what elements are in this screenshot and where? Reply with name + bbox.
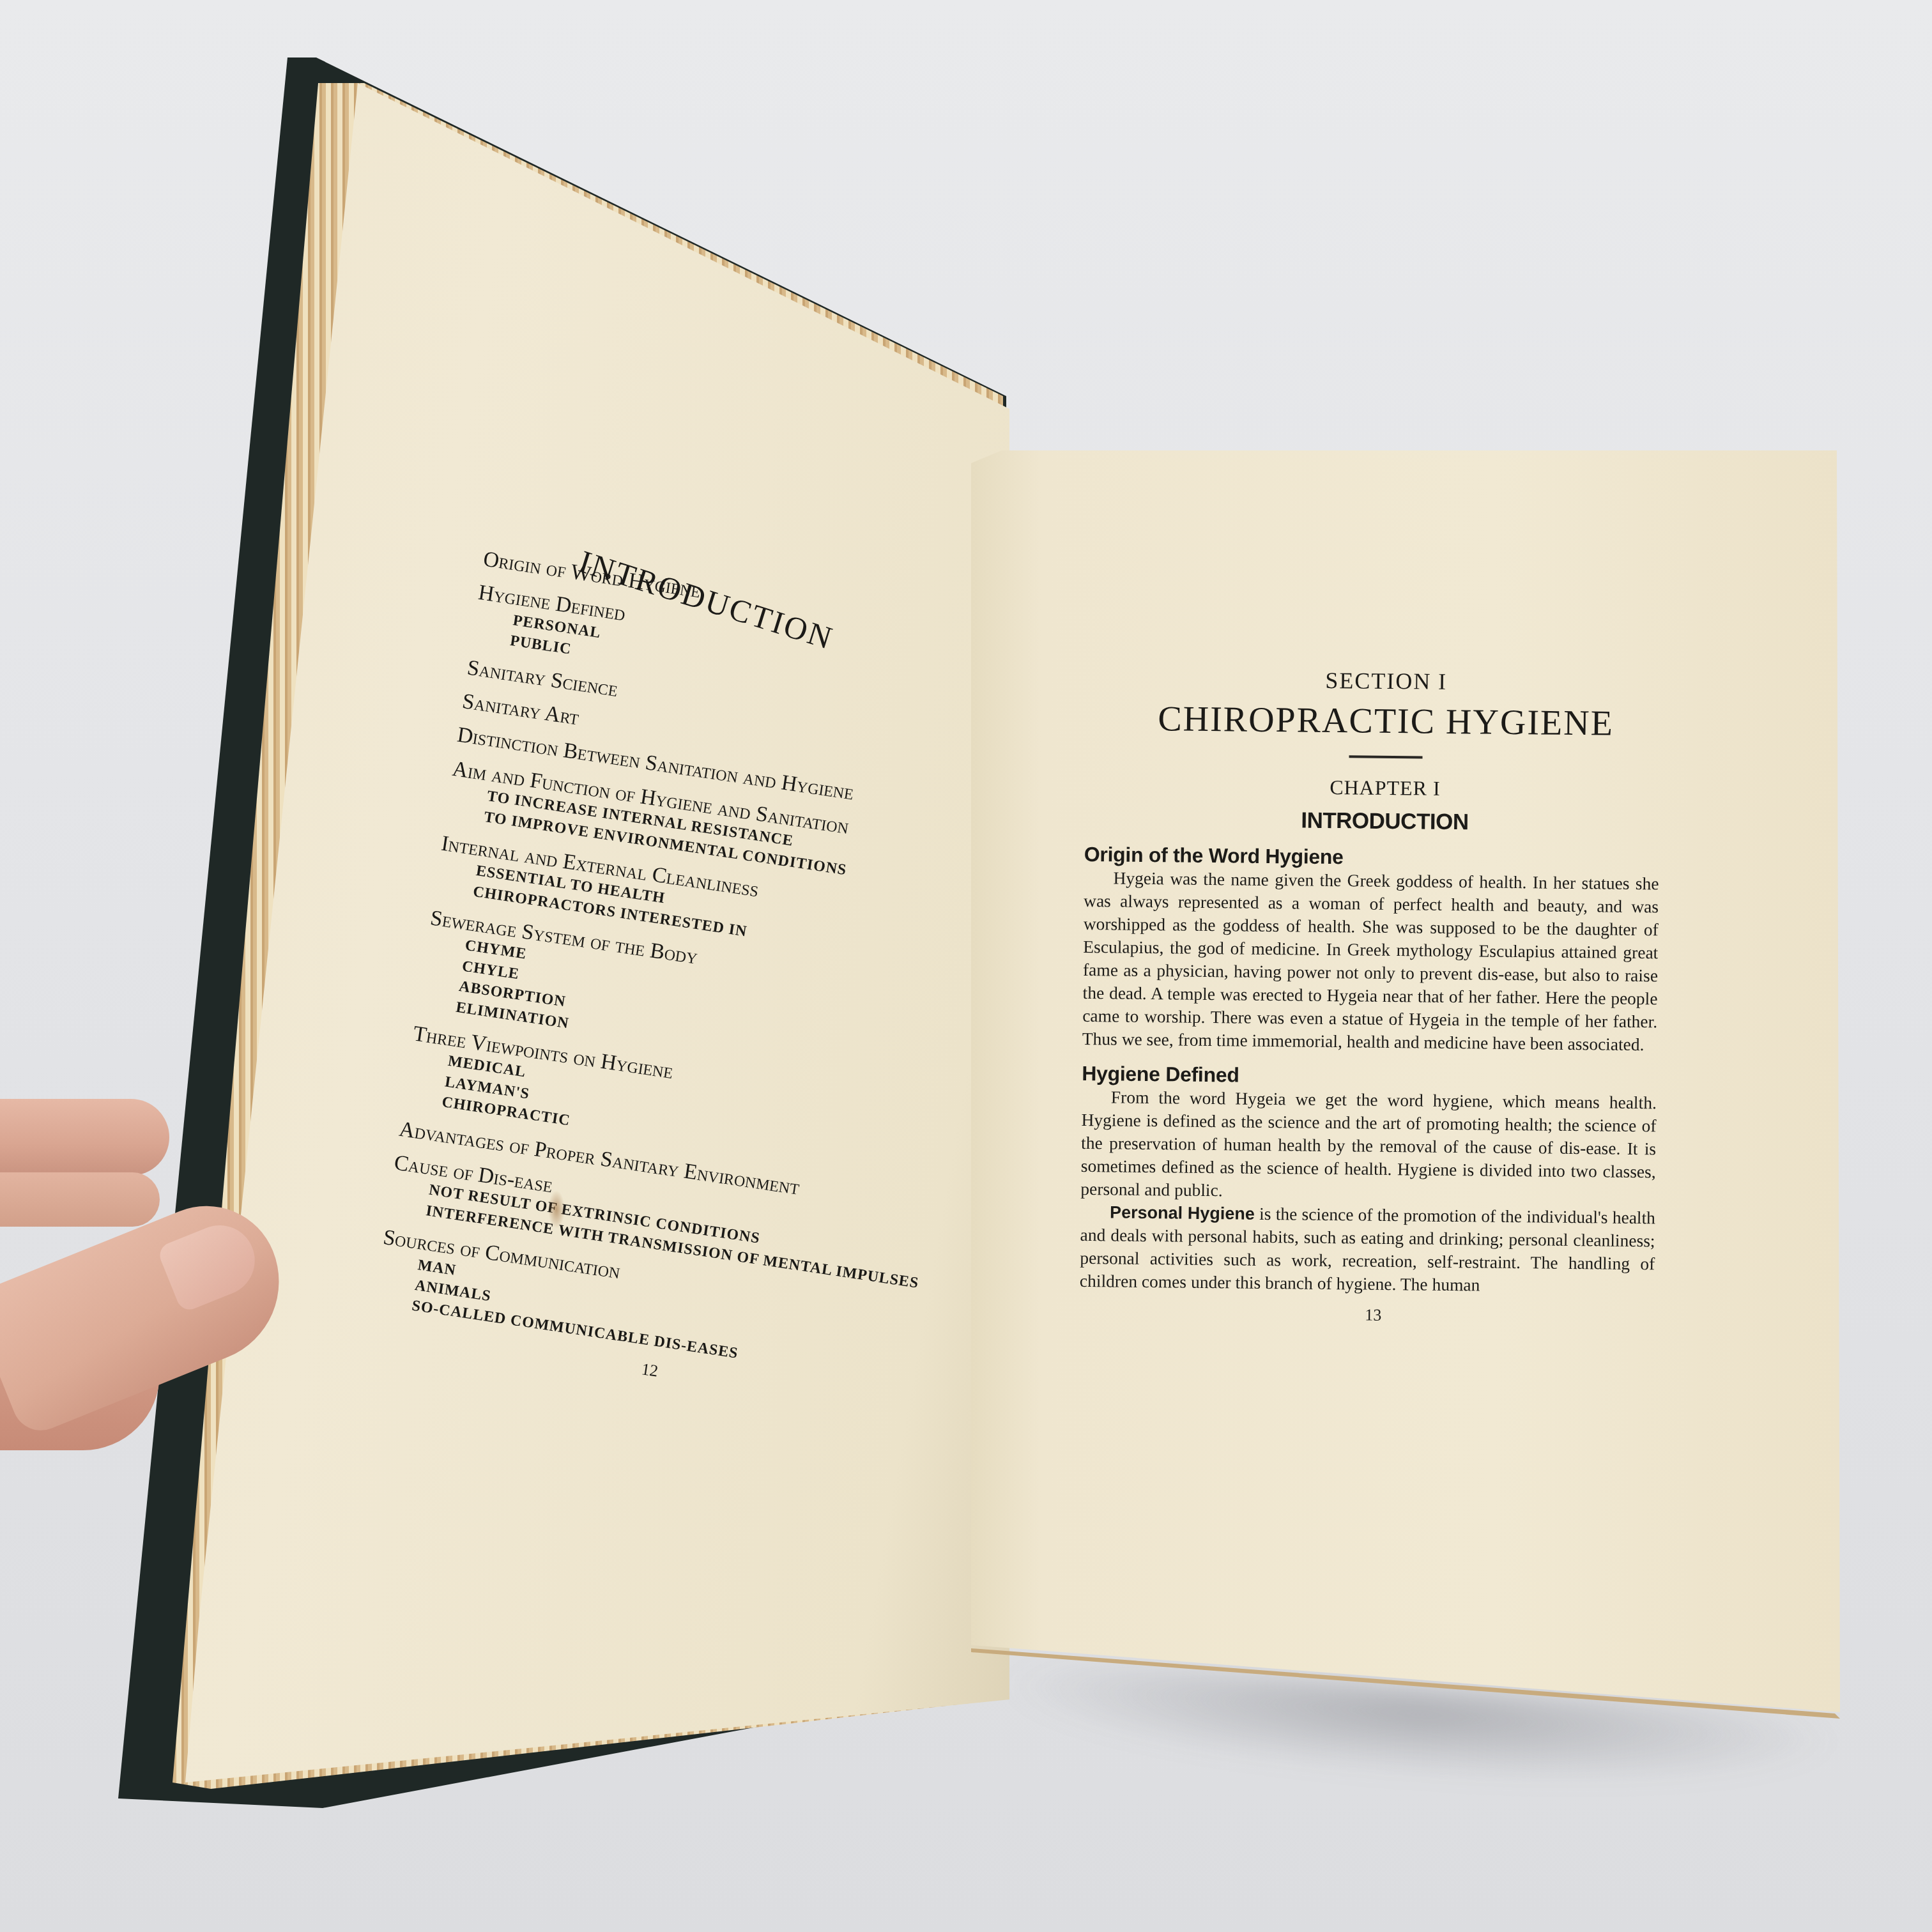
- title-rule-divider: [1349, 755, 1422, 758]
- right-page-text: SECTION I CHIROPRACTIC HYGIENE CHAPTER I…: [1079, 664, 1661, 1328]
- middle-finger: [0, 1172, 160, 1227]
- page-stain: [548, 1190, 565, 1229]
- index-finger: [0, 1099, 169, 1176]
- paragraph-origin: Hygeia was the name given the Greek godd…: [1082, 866, 1659, 1056]
- book-photo-scene: INTRODUCTION Origin of Word HygieneHygie…: [0, 0, 1932, 1932]
- thumbnail-nail: [156, 1215, 265, 1313]
- chapter-title: INTRODUCTION: [1110, 806, 1659, 837]
- chapter-label: CHAPTER I: [1110, 773, 1660, 802]
- term-personal-hygiene: Personal Hygiene: [1110, 1202, 1255, 1223]
- hand: [0, 1086, 294, 1661]
- paragraph-personal-hygiene: Personal Hygiene is the science of the p…: [1080, 1200, 1655, 1298]
- section-title: CHIROPRACTIC HYGIENE: [1111, 698, 1661, 744]
- paragraph-defined: From the word Hygeia we get the word hyg…: [1080, 1085, 1657, 1206]
- section-label: SECTION I: [1112, 664, 1661, 697]
